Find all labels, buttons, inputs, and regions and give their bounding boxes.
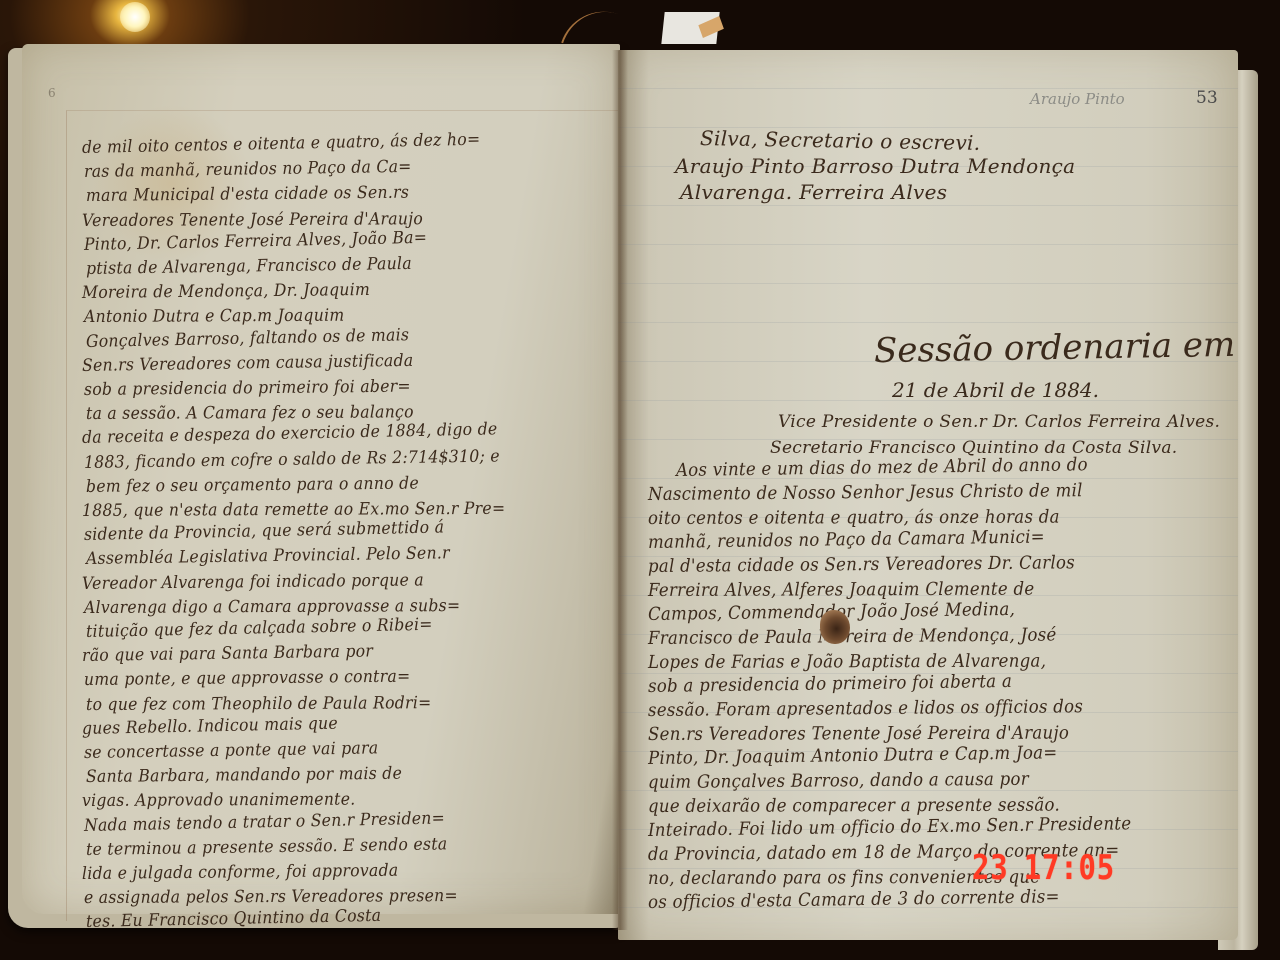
handwritten-line: lida e julgada conforme, foi approvada [82,861,399,884]
handwritten-line: sob a presidencia do primeiro foi aber= [84,377,411,400]
handwritten-line: Antonio Dutra e Cap.m Joaquim [84,306,345,327]
signature-line-3: Alvarenga. Ferreira Alves [680,180,947,204]
handwritten-line: tes. Eu Francisco Quintino da Costa [86,906,382,932]
signature-line-2: Araujo Pinto Barroso Dutra Mendonça [675,154,1075,178]
handwritten-line: Francisco de Paula Moreira de Mendonça, … [648,624,1057,649]
header-line-1: Vice Presidente o Sen.r Dr. Carlos Ferre… [778,412,1220,432]
handwritten-line: ta a sessão. A Camara fez o seu balanço [86,402,414,424]
timestamp-time: 17:05 [1024,848,1115,888]
handwritten-line: pal d'esta cidade os Sen.rs Vereadores D… [648,552,1075,577]
handwritten-line: que deixarão de comparecer a presente se… [648,795,1060,817]
session-date: 21 de Abril de 1884. [892,378,1099,402]
lamp-light [120,2,150,32]
handwritten-line: uma ponte, e que approvasse o contra= [84,667,411,690]
handwritten-line: Ferreira Alves, Alferes Joaquim Clemente… [648,579,1034,601]
book-gutter [612,50,628,930]
session-title: Sessão ordenaria em [874,325,1236,371]
left-page-mark: 6 [48,86,56,100]
handwritten-line: to que fez com Theophilo de Paula Rodri= [86,693,432,715]
handwritten-line: Moreira de Mendonça, Dr. Joaquim [82,280,370,303]
handwritten-line: Lopes de Farias e João Baptista de Alvar… [648,651,1046,673]
photo-background: 6 de mil oito centos e oitenta e quatro,… [0,0,1280,960]
handwritten-line: oito centos e oitenta e quatro, ás onze … [648,507,1060,529]
timestamp-day: 23 [972,848,1009,888]
handwritten-line: Sen.rs Vereadores Tenente José Pereira d… [648,723,1069,745]
handwritten-line: Santa Barbara, mandando por mais de [86,764,402,787]
handwritten-line: bem fez o seu orçamento para o anno de [86,473,419,496]
pencil-note: Araujo Pinto [1030,90,1125,108]
paper-scrap [661,12,719,44]
handwritten-line: Nascimento de Nosso Senhor Jesus Christo… [648,480,1083,505]
ink-blot [820,610,850,644]
handwritten-line: sessão. Foram apresentados e lidos os of… [648,696,1083,721]
camera-timestamp: 2317:05 [972,848,1115,888]
handwritten-line: mara Municipal d'esta cidade os Sen.rs [86,183,409,206]
handwritten-line: quim Gonçalves Barroso, dando a causa po… [648,769,1029,793]
handwritten-line: Vereadores Tenente José Pereira d'Araujo [82,209,423,231]
handwritten-line: vigas. Approvado unanimemente. [82,790,356,811]
signature-line-1: Silva, Secretario o escrevi. [700,126,981,155]
page-number: 53 [1196,88,1218,108]
handwritten-line: e assignada pelos Sen.rs Vereadores pres… [84,886,458,908]
handwritten-line: Vereador Alvarenga foi indicado porque a [82,570,424,594]
